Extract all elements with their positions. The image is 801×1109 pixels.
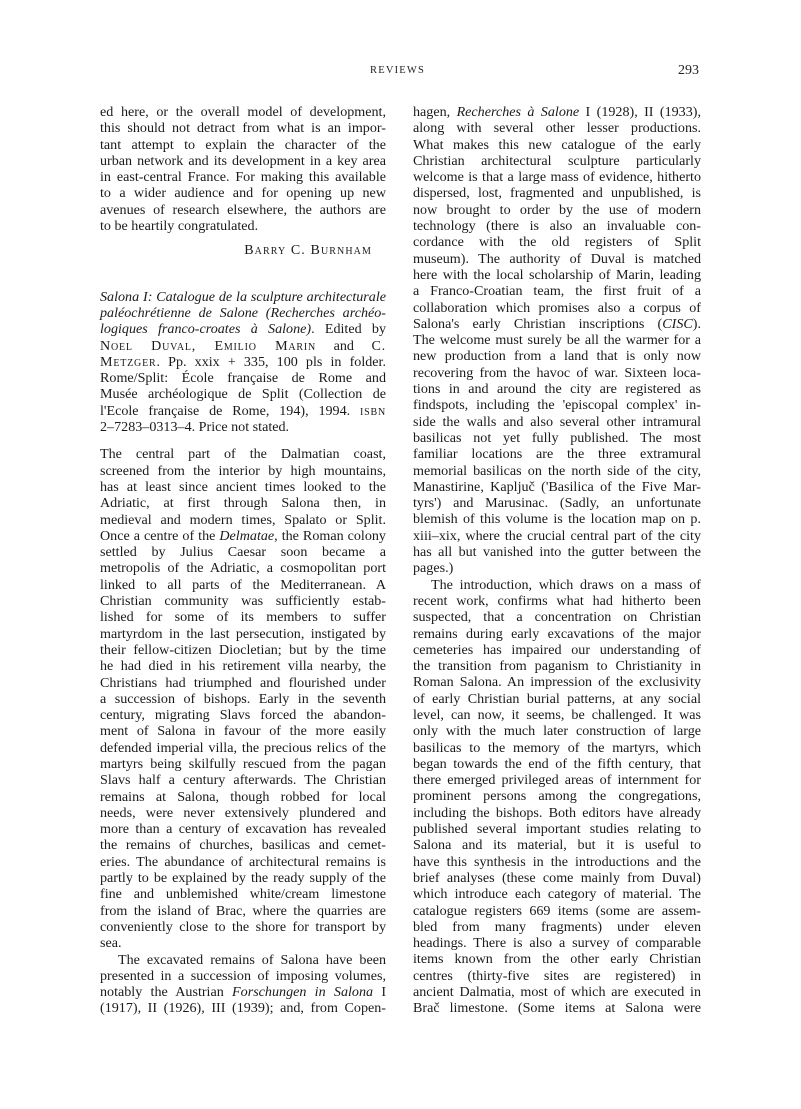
citation-line: Rome/Split: École française de Rome and xyxy=(100,370,386,386)
text-line: familiar locations are the three extramu… xyxy=(413,446,701,462)
text-line: tyrs') and Marusinac. (Sadly, an unfortu… xyxy=(413,495,701,511)
citation-line: 2–7283–0313–4. Price not stated. xyxy=(100,419,386,435)
editor-name: Metzger xyxy=(100,354,156,370)
text-line: Christian architectural sculpture partic… xyxy=(413,153,701,169)
text-line: remains at Salona, though robbed for loc… xyxy=(100,789,386,805)
text-line: centres (thirty-five sites are registere… xyxy=(413,968,701,984)
text-line: defended imperial villa, the precious re… xyxy=(100,740,386,756)
text-line: basilicas to the memory of the martyrs, … xyxy=(413,740,701,756)
text-line: ancient Dalmatia, most of which are exec… xyxy=(413,984,701,1000)
text-line: have this synthesis in the introductions… xyxy=(413,854,701,870)
text-line: published several important studies rela… xyxy=(413,821,701,837)
text-line: welcome is that a large mass of evidence… xyxy=(413,169,701,185)
text-line: brief analyses (these come mainly from D… xyxy=(413,870,701,886)
citation-line: logiques franco-croates à Salone). Edite… xyxy=(100,321,386,337)
text-line: this should not detract from what is an … xyxy=(100,120,386,136)
right-column: hagen, Recherches à Salone I (1928), II … xyxy=(413,104,701,1017)
text-line: The introduction, which draws on a mass … xyxy=(413,577,701,593)
text-line: along with several other lesser producti… xyxy=(413,120,701,136)
text-line: in east-central France. For making this … xyxy=(100,169,386,185)
text-line: remains during early excavations of the … xyxy=(413,626,701,642)
text-line: there emerged privileged areas of intern… xyxy=(413,772,701,788)
text-line: partly to be explained by the ready supp… xyxy=(100,870,386,886)
text-line: urban network and its development in a k… xyxy=(100,153,386,169)
text-line: cemeteries has impaired our understandin… xyxy=(413,642,701,658)
text-line: collaboration which promises also a corp… xyxy=(413,300,701,316)
text-line: of early Christian burial patterns, at a… xyxy=(413,691,701,707)
isbn-label: isbn xyxy=(360,403,386,419)
reviewer-signature: Barry C. Burnham xyxy=(100,243,386,259)
text-line: suspected, that a concentration on Chris… xyxy=(413,609,701,625)
text-line: catalogue registers 669 items (some are … xyxy=(413,903,701,919)
text-line: findspots, including the 'episcopal comp… xyxy=(413,397,701,413)
text-line: including the bishops. Both editors have… xyxy=(413,805,701,821)
citation-title-line: paléochrétienne de Salone (Recherches ar… xyxy=(100,305,386,321)
text-line: What makes this new catalogue of the ear… xyxy=(413,137,701,153)
citation-editors-line: Noel Duval, Emilio Marin and C. xyxy=(100,338,386,354)
text-line: Roman Salona. An impression of the exclu… xyxy=(413,674,701,690)
text-line: blemish of this volume is the location m… xyxy=(413,511,701,527)
text-line: the remains of churches, basilicas and c… xyxy=(100,837,386,853)
citation-line: Musée archéologique de Split (Collection… xyxy=(100,386,386,402)
text-line: screened from the interior by high mount… xyxy=(100,463,386,479)
text-line: martyrdom in the last persecution, insti… xyxy=(100,626,386,642)
text-line: technology (there is also an invaluable … xyxy=(413,218,701,234)
text-line: martyrs being skilfully rescued from the… xyxy=(100,756,386,772)
text-line: level, can now, it seems, be challenged.… xyxy=(413,707,701,723)
text-line: Brač limestone. (Some items at Salona we… xyxy=(413,1000,701,1016)
text-line: xiii–xix, where the crucial central part… xyxy=(413,528,701,544)
text-line: he had died in his retirement villa near… xyxy=(100,658,386,674)
page-number: 293 xyxy=(678,63,699,79)
text-line: Once a centre of the Delmatae, the Roman… xyxy=(100,528,386,544)
left-column: ed here, or the overall model of develop… xyxy=(100,104,386,1017)
text-line: prominent persons among the congregation… xyxy=(413,788,701,804)
text-line: items known from the other early Christi… xyxy=(413,951,701,967)
text-line: recent work, confirms what had hitherto … xyxy=(413,593,701,609)
text-line: a Franco-Croatian team, the first fruit … xyxy=(413,283,701,299)
text-line: (1917), II (1926), III (1939); and, from… xyxy=(100,1000,386,1016)
text-line: Manastirine, Kapljuč ('Basilica of the F… xyxy=(413,479,701,495)
text-line: Christians had triumphed and flourished … xyxy=(100,675,386,691)
text-line: bled from many fragments) under eleven xyxy=(413,919,701,935)
text-line: their fellow-citizen Diocletian; but by … xyxy=(100,642,386,658)
previous-review-ending: ed here, or the overall model of develop… xyxy=(100,104,386,234)
text-line: side the walls and also several other in… xyxy=(413,414,701,430)
text-line: the transition from paganism to Christia… xyxy=(413,658,701,674)
editor-names: Noel Duval, Emilio Marin xyxy=(100,338,316,354)
text-line: linked to all parts of the Mediterranean… xyxy=(100,577,386,593)
text-line: ed here, or the overall model of develop… xyxy=(100,104,386,120)
citation-line: Metzger. Pp. xxix + 335, 100 pls in fold… xyxy=(100,354,386,370)
text-line: only with the much later construction of… xyxy=(413,723,701,739)
text-line: Salona's early Christian inscriptions (C… xyxy=(413,316,701,332)
text-line: which introduce each category of materia… xyxy=(413,886,701,902)
text-line: eries. The abundance of architectural re… xyxy=(100,854,386,870)
text-line: medieval and modern times, Spalato or Sp… xyxy=(100,512,386,528)
text-line: has all but vanished into the gutter bet… xyxy=(413,544,701,560)
text-line: The excavated remains of Salona have bee… xyxy=(100,952,386,968)
review-paragraph: The excavated remains of Salona have bee… xyxy=(100,952,386,1017)
text-line: tant attempt to explain the character of… xyxy=(100,137,386,153)
book-citation: Salona I: Catalogue de la sculpture arch… xyxy=(100,289,386,436)
text-line: basilicas not yet fully published. The m… xyxy=(413,430,701,446)
running-title: REVIEWS xyxy=(370,65,425,76)
text-line: recovering from the havoc of war. Sixtee… xyxy=(413,365,701,381)
text-line: metropolis of the Adriatic, a cosmopolit… xyxy=(100,560,386,576)
text-line: dispersed, lost, fragmented and unpublis… xyxy=(413,185,701,201)
text-line: notably the Austrian Forschungen in Salo… xyxy=(100,984,386,1000)
text-line: hagen, Recherches à Salone I (1928), II … xyxy=(413,104,701,120)
text-line: Adriatic, at first through Salona then, … xyxy=(100,495,386,511)
text-line: from the island of Brac, where the quarr… xyxy=(100,903,386,919)
citation-line: l'Ecole française de Rome, 194), 1994. i… xyxy=(100,403,386,419)
text-line: has at least since ancient times looked … xyxy=(100,479,386,495)
text-line: settled by Julius Caesar soon became a xyxy=(100,544,386,560)
text-line: The central part of the Dalmatian coast, xyxy=(100,446,386,462)
citation-title-line: Salona I: Catalogue de la sculpture arch… xyxy=(100,289,386,305)
text-line: lished for some of its members to suffer xyxy=(100,609,386,625)
text-line: Slavs half a century afterwards. The Chr… xyxy=(100,772,386,788)
text-line: to a wider audience and for opening up n… xyxy=(100,185,386,201)
text-line: tions in and around the city are registe… xyxy=(413,381,701,397)
review-paragraph: The introduction, which draws on a mass … xyxy=(413,577,701,1017)
text-line: conveniently close to the shore for tran… xyxy=(100,919,386,935)
text-line: museum). The authority of Duval is match… xyxy=(413,251,701,267)
text-line: now brought to order by the use of moder… xyxy=(413,202,701,218)
text-line: Salona and its material, but it is usefu… xyxy=(413,837,701,853)
review-paragraph: hagen, Recherches à Salone I (1928), II … xyxy=(413,104,701,577)
text-line: new production from a land that is only … xyxy=(413,348,701,364)
text-line: to be heartily congratulated. xyxy=(100,218,386,234)
text-line: Christian community was sufficiently est… xyxy=(100,593,386,609)
text-line: pages.) xyxy=(413,560,701,576)
text-line: avenues of research elsewhere, the autho… xyxy=(100,202,386,218)
text-line: a succession of bishops. Early in the se… xyxy=(100,691,386,707)
text-line: cordance with the old registers of Split xyxy=(413,234,701,250)
text-line: fine and unblemished white/cream limesto… xyxy=(100,886,386,902)
review-paragraph: The central part of the Dalmatian coast,… xyxy=(100,446,386,951)
text-line: more than a century of excavation has re… xyxy=(100,821,386,837)
text-line: memorial basilicas on the north side of … xyxy=(413,463,701,479)
text-line: century, migrating Slavs forced the aban… xyxy=(100,707,386,723)
running-head: REVIEWS 293 xyxy=(0,65,801,81)
text-line: presented in a succession of imposing vo… xyxy=(100,968,386,984)
text-line: The welcome must surely be all the warme… xyxy=(413,332,701,348)
text-line: began towards the end of the fifth centu… xyxy=(413,756,701,772)
text-line: headings. There is also a survey of comp… xyxy=(413,935,701,951)
text-line: needs, were never extensively plundered … xyxy=(100,805,386,821)
text-line: here with the local scholarship of Marin… xyxy=(413,267,701,283)
text-line: sea. xyxy=(100,935,386,951)
text-line: ment of Salona in favour of the more eas… xyxy=(100,723,386,739)
